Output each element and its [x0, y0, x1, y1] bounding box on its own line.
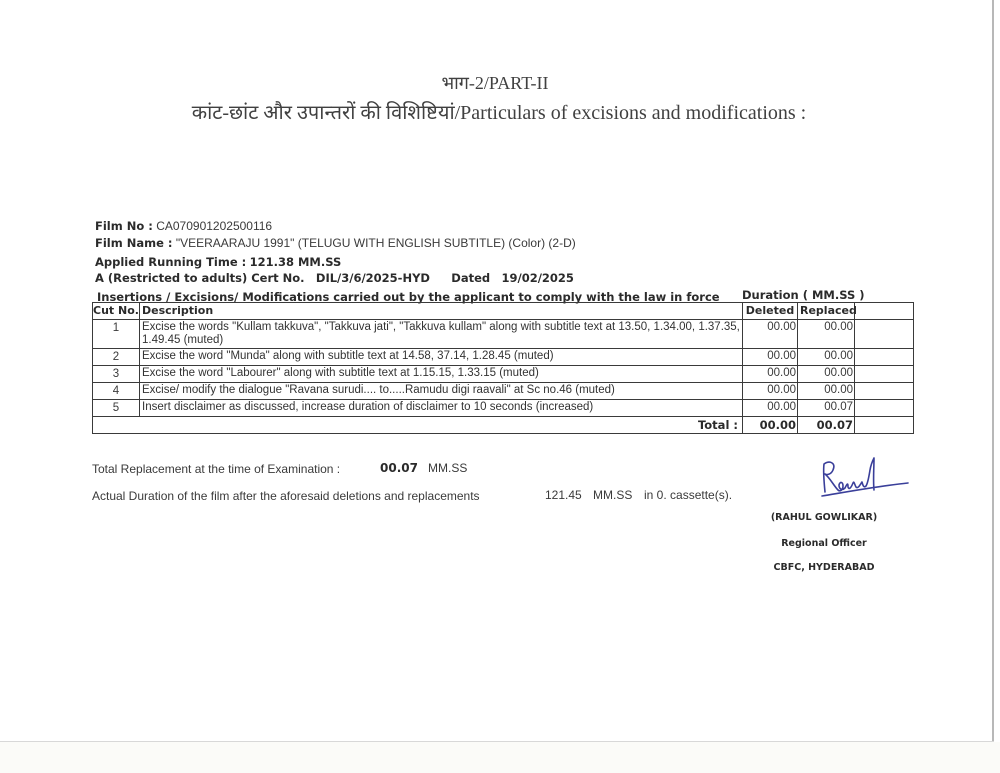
cut-description: Excise the words "Kullam takkuva", "Takk… [140, 320, 743, 349]
signatory-office: CBFC, HYDERABAD [724, 562, 924, 573]
dated-value: 19/02/2025 [501, 271, 573, 285]
film-no-label: Film No : [95, 219, 153, 233]
cut-number: 3 [93, 366, 140, 383]
col-header-replaced: Replaced [798, 303, 855, 320]
signatory-title: Regional Officer [724, 538, 924, 549]
running-time-label: Applied Running Time : [95, 255, 246, 269]
deleted-duration: 00.00 [743, 320, 798, 349]
deleted-duration: 00.00 [743, 400, 798, 417]
table-row: 2Excise the word "Munda" along with subt… [93, 349, 914, 366]
cut-number: 4 [93, 383, 140, 400]
total-replacement-label: Total Replacement at the time of Examina… [92, 462, 340, 476]
total-blank [855, 417, 914, 434]
film-no-value: CA070901202500116 [156, 219, 272, 233]
total-replacement-unit: MM.SS [428, 461, 467, 475]
cassette-count: in 0. cassette(s). [644, 488, 732, 502]
blank-cell [855, 349, 914, 366]
cut-description: Excise the word "Labourer" along with su… [140, 366, 743, 383]
total-spacer [93, 417, 140, 434]
deleted-duration: 00.00 [743, 383, 798, 400]
total-label: Total : [140, 417, 743, 434]
table-row: 3Excise the word "Labourer" along with s… [93, 366, 914, 383]
cut-number: 2 [93, 349, 140, 366]
blank-cell [855, 400, 914, 417]
total-replaced: 00.07 [798, 417, 855, 434]
deleted-duration: 00.00 [743, 366, 798, 383]
table-header-row: Cut No. Description Deleted Replaced [93, 303, 914, 320]
replaced-duration: 00.00 [798, 349, 855, 366]
col-header-description: Description [140, 303, 743, 320]
actual-duration-label: Actual Duration of the film after the af… [92, 489, 480, 503]
running-time-line: Applied Running Time : 121.38 MM.SS [95, 255, 341, 269]
part-title: भाग-2/PART-II [0, 71, 990, 95]
scan-margin [0, 742, 1000, 773]
table-row: 5Insert disclaimer as discussed, increas… [93, 400, 914, 417]
deleted-duration: 00.00 [743, 349, 798, 366]
replaced-duration: 00.00 [798, 366, 855, 383]
running-time-value: 121.38 MM.SS [250, 255, 342, 269]
cut-description: Insert disclaimer as discussed, increase… [140, 400, 743, 417]
replaced-duration: 00.07 [798, 400, 855, 417]
table-row: 4Excise/ modify the dialogue "Ravana sur… [93, 383, 914, 400]
page-subtitle: कांट-छांट और उपान्तरों की विशिष्टियां/Pa… [0, 98, 994, 125]
col-header-deleted: Deleted [743, 303, 798, 320]
cut-description: Excise/ modify the dialogue "Ravana suru… [140, 383, 743, 400]
blank-cell [855, 320, 914, 349]
cert-prefix: A (Restricted to adults) Cert No. [95, 271, 305, 285]
replaced-duration: 00.00 [798, 320, 855, 349]
actual-duration-value: 121.45 [545, 488, 582, 502]
cert-number: DIL/3/6/2025-HYD [316, 271, 430, 285]
cut-number: 5 [93, 400, 140, 417]
film-no-line: Film No : CA070901202500116 [95, 219, 272, 233]
signatory-name: (RAHUL GOWLIKAR) [724, 512, 924, 523]
certificate-line: A (Restricted to adults) Cert No. DIL/3/… [95, 271, 574, 285]
blank-cell [855, 366, 914, 383]
col-header-cut-no: Cut No. [93, 303, 140, 320]
signature-icon [816, 450, 912, 500]
film-name-line: Film Name : "VEERAARAJU 1991" (TELUGU WI… [95, 236, 576, 250]
cut-number: 1 [93, 320, 140, 349]
total-row: Total : 00.00 00.07 [93, 417, 914, 434]
film-name-label: Film Name : [95, 236, 173, 250]
cut-description: Excise the word "Munda" along with subti… [140, 349, 743, 366]
blank-cell [855, 383, 914, 400]
film-name-value: "VEERAARAJU 1991" (TELUGU WITH ENGLISH S… [176, 236, 576, 250]
table-row: 1Excise the words "Kullam takkuva", "Tak… [93, 320, 914, 349]
cuts-table: Cut No. Description Deleted Replaced 1Ex… [92, 302, 914, 434]
dated-label: Dated [451, 271, 490, 285]
replaced-duration: 00.00 [798, 383, 855, 400]
total-replacement-value: 00.07 [380, 461, 418, 475]
total-deleted: 00.00 [743, 417, 798, 434]
duration-heading: Duration ( MM.SS ) [742, 288, 865, 302]
col-header-blank [855, 303, 914, 320]
actual-duration-unit: MM.SS [593, 488, 632, 502]
